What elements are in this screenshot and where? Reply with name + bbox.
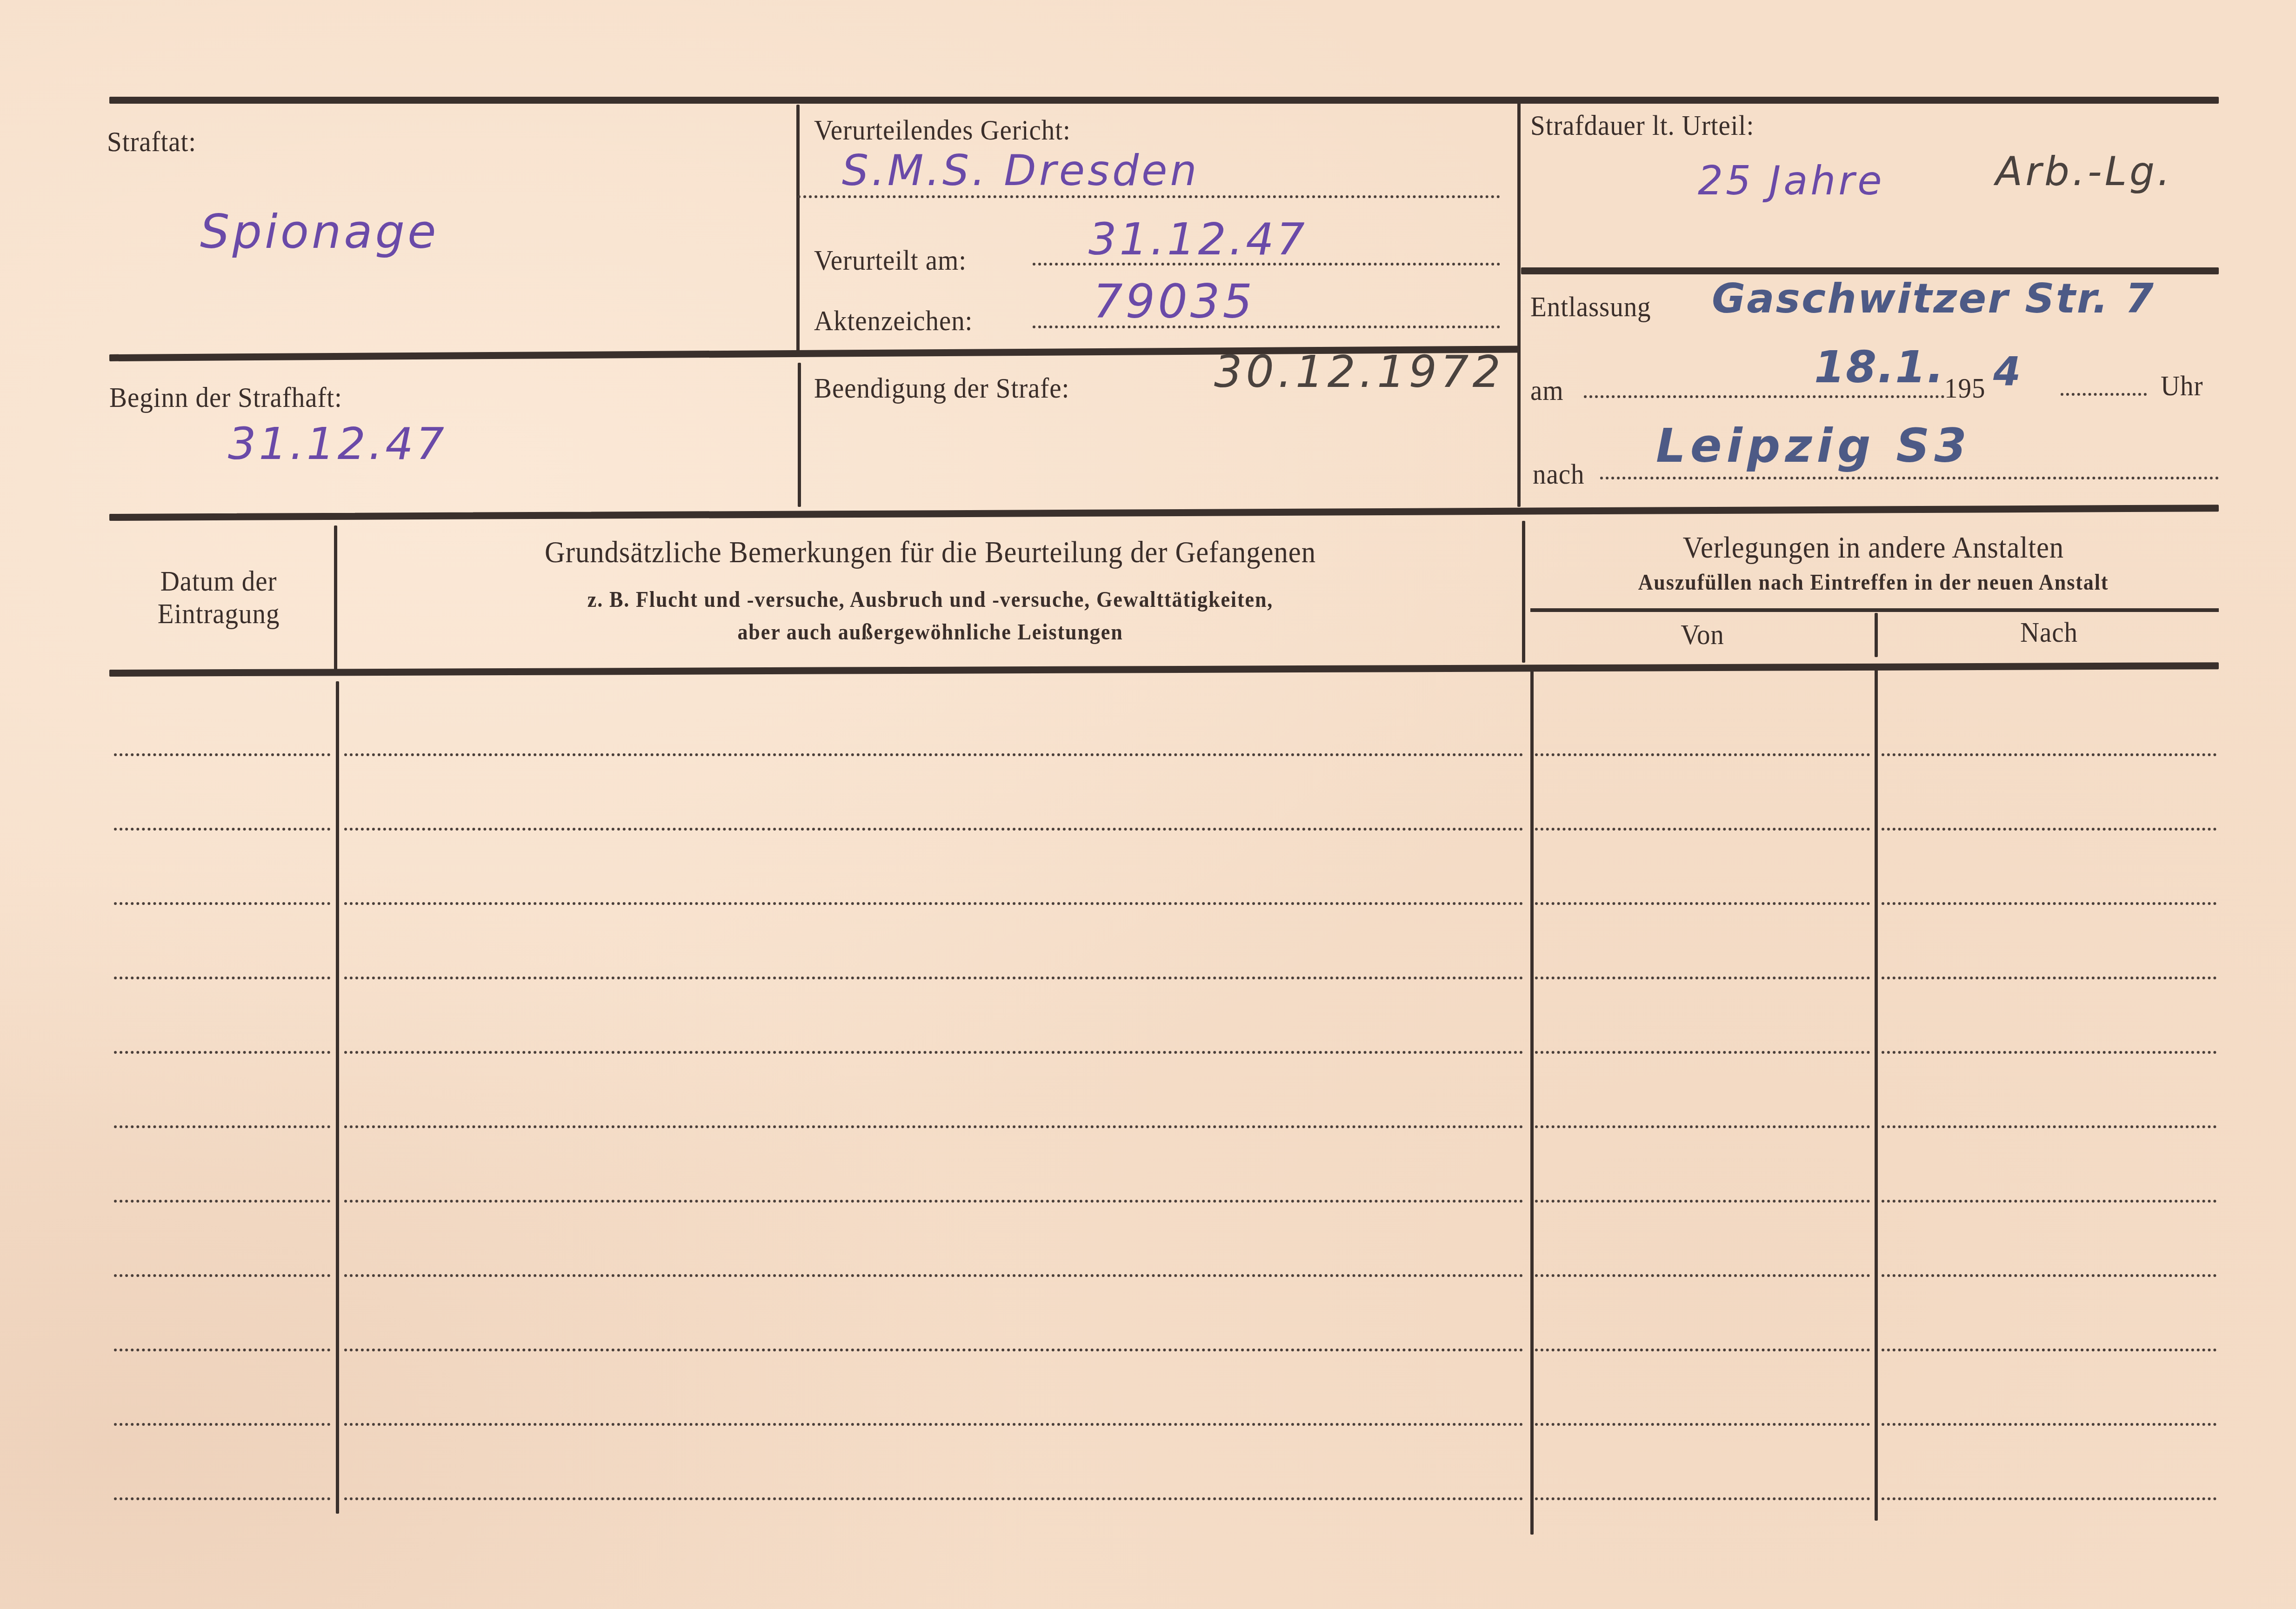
row-dotted-line: [1882, 977, 2216, 979]
divider-straftat-gericht: [796, 105, 800, 356]
row-dotted-line: [1882, 753, 2216, 756]
row-dotted-line: [344, 753, 1523, 756]
cell-von[interactable]: [1535, 1297, 1870, 1346]
row-dotted-line: [1535, 1051, 1870, 1054]
cell-von[interactable]: [1535, 1074, 1870, 1123]
row-dotted-line: [114, 1274, 330, 1277]
row-dotted-line: [1535, 1349, 1870, 1351]
beginn-value[interactable]: 31.12.47: [228, 419, 447, 470]
cell-nach[interactable]: [1882, 925, 2216, 974]
row-dotted-line: [1535, 1497, 1870, 1500]
entlassung-am-label: am: [1530, 374, 1564, 407]
cell-von[interactable]: [1535, 1372, 1870, 1421]
row-dotted-line: [114, 753, 330, 756]
row-dotted-line: [114, 1125, 330, 1128]
cell-datum[interactable]: [114, 777, 330, 825]
entlassung-uhr-label: Uhr: [2161, 370, 2203, 403]
col-datum-line1: Datum der: [118, 565, 319, 598]
gericht-label: Verurteilendes Gericht:: [814, 114, 1071, 147]
col-bemerkungen-sub2: aber auch außergewöhnliche Leistungen: [387, 619, 1474, 645]
cell-bemerkung[interactable]: [344, 702, 1523, 751]
row-dotted-line: [1882, 1274, 2216, 1277]
row-dotted-line: [344, 1423, 1523, 1426]
cell-von[interactable]: [1535, 702, 1870, 751]
aktenzeichen-label: Aktenzeichen:: [814, 305, 973, 338]
cell-bemerkung[interactable]: [344, 1149, 1523, 1197]
body-divider-datum: [336, 681, 339, 1514]
header-divider-datum: [334, 525, 337, 674]
body-divider-von-nach: [1875, 665, 1878, 1521]
entlassung-nach-label: nach: [1533, 458, 1584, 491]
row-dotted-line: [1882, 1423, 2216, 1426]
row-dotted-line: [344, 1051, 1523, 1054]
cell-bemerkung[interactable]: [344, 1223, 1523, 1272]
row-dotted-line: [344, 1274, 1523, 1277]
straftat-value[interactable]: Spionage: [200, 205, 439, 259]
cell-nach[interactable]: [1882, 1000, 2216, 1049]
row-dotted-line: [344, 1200, 1523, 1203]
entlassung-address[interactable]: Gaschwitzer Str. 7: [1712, 274, 2155, 322]
row-dotted-line: [344, 1125, 1523, 1128]
cell-von[interactable]: [1535, 851, 1870, 900]
cell-datum[interactable]: [114, 851, 330, 900]
entlassung-am-dotted-line: [1584, 395, 1944, 398]
row-dotted-line: [1882, 1497, 2216, 1500]
cell-datum[interactable]: [114, 702, 330, 751]
cell-datum[interactable]: [114, 1372, 330, 1421]
cell-datum[interactable]: [114, 1149, 330, 1197]
col-verlegungen-title: Verlegungen in andere Anstalten: [1555, 530, 2191, 565]
cell-nach[interactable]: [1882, 777, 2216, 825]
divider-gericht-strafdauer: [1517, 102, 1521, 507]
verurteilt-am-value[interactable]: 31.12.47: [1088, 214, 1308, 265]
row-dotted-line: [114, 977, 330, 979]
col-von: Von: [1544, 618, 1861, 652]
cell-datum[interactable]: [114, 1446, 330, 1495]
verurteilt-am-label: Verurteilt am:: [814, 244, 967, 277]
aktenzeichen-value[interactable]: 79035: [1093, 274, 1255, 329]
cell-bemerkung[interactable]: [344, 1000, 1523, 1049]
row-dotted-line: [114, 1051, 330, 1054]
cell-bemerkung[interactable]: [344, 1297, 1523, 1346]
row-dotted-line: [1535, 1200, 1870, 1203]
cell-nach[interactable]: [1882, 1372, 2216, 1421]
cell-bemerkung[interactable]: [344, 925, 1523, 974]
cell-datum[interactable]: [114, 1223, 330, 1272]
row-dotted-line: [114, 1200, 330, 1203]
row-dotted-line: [344, 977, 1523, 979]
cell-nach[interactable]: [1882, 1297, 2216, 1346]
cell-nach[interactable]: [1882, 1074, 2216, 1123]
cell-bemerkung[interactable]: [344, 777, 1523, 825]
cell-bemerkung[interactable]: [344, 1372, 1523, 1421]
rule-mid-right: [1521, 267, 2219, 274]
cell-datum[interactable]: [114, 1000, 330, 1049]
strafdauer-value[interactable]: 25 Jahre: [1698, 158, 1884, 204]
cell-von[interactable]: [1535, 1446, 1870, 1495]
verurteilt-am-dotted-line: [1033, 263, 1500, 266]
row-dotted-line: [1535, 753, 1870, 756]
cell-nach[interactable]: [1882, 1223, 2216, 1272]
row-dotted-line: [1535, 977, 1870, 979]
row-dotted-line: [344, 828, 1523, 831]
row-dotted-line: [344, 1497, 1523, 1500]
beendigung-label: Beendigung der Strafe:: [814, 372, 1069, 405]
row-dotted-line: [1535, 1274, 1870, 1277]
entlassung-label: Entlassung: [1530, 291, 1651, 324]
cell-von[interactable]: [1535, 1149, 1870, 1197]
beendigung-value[interactable]: 30.12.1972: [1214, 346, 1504, 398]
cell-von[interactable]: [1535, 777, 1870, 825]
entlassung-date[interactable]: 18.1.: [1814, 342, 1944, 393]
straftat-label: Straftat:: [107, 126, 196, 159]
header-bottom-rule: [109, 662, 2219, 677]
row-dotted-line: [114, 1423, 330, 1426]
row-dotted-line: [1535, 1125, 1870, 1128]
cell-nach[interactable]: [1882, 1149, 2216, 1197]
top-rule: [109, 97, 2219, 104]
beginn-label: Beginn der Strafhaft:: [109, 381, 342, 414]
col-bemerkungen-sub1: z. B. Flucht und -versuche, Ausbruch und…: [387, 587, 1474, 612]
row-dotted-line: [1882, 1051, 2216, 1054]
body-divider-bemerkungen: [1530, 665, 1534, 1535]
header-divider-bemerkungen: [1522, 521, 1525, 663]
row-dotted-line: [1882, 1125, 2216, 1128]
entlassung-nach-value[interactable]: Leipzig S3: [1656, 419, 1971, 473]
cell-bemerkung[interactable]: [344, 851, 1523, 900]
row-dotted-line: [1882, 828, 2216, 831]
cell-datum[interactable]: [114, 1297, 330, 1346]
row-dotted-line: [114, 1497, 330, 1500]
entlassung-year-suffix[interactable]: 4: [1993, 349, 2023, 395]
col-datum-line2: Eintragung: [118, 598, 319, 631]
strafdauer-annotation[interactable]: Arb.-Lg.: [1996, 149, 2173, 195]
cell-nach[interactable]: [1882, 851, 2216, 900]
row-dotted-line: [114, 902, 330, 905]
cell-bemerkung[interactable]: [344, 1074, 1523, 1123]
entlassung-nach-dotted-line: [1600, 477, 2219, 479]
cell-nach[interactable]: [1882, 1446, 2216, 1495]
row-dotted-line: [1882, 1200, 2216, 1203]
entlassung-uhr-dotted-line: [2061, 393, 2147, 396]
cell-datum[interactable]: [114, 1074, 330, 1123]
col-verlegungen-subtitle: Auszufüllen nach Eintreffen in der neuen…: [1555, 570, 2191, 595]
row-dotted-line: [1535, 1423, 1870, 1426]
cell-nach[interactable]: [1882, 702, 2216, 751]
row-dotted-line: [114, 1349, 330, 1351]
row-dotted-line: [1882, 1349, 2216, 1351]
entlassung-year-prefix: 195: [1944, 372, 1985, 405]
cell-bemerkung[interactable]: [344, 1446, 1523, 1495]
row-dotted-line: [344, 902, 1523, 905]
gericht-value[interactable]: S.M.S. Dresden: [842, 146, 1199, 195]
row-dotted-line: [1535, 828, 1870, 831]
aktenzeichen-dotted-line: [1033, 326, 1500, 328]
divider-beginn-beendigung: [798, 363, 801, 507]
cell-von[interactable]: [1535, 925, 1870, 974]
row-dotted-line: [1535, 902, 1870, 905]
von-nach-header-divider: [1875, 613, 1878, 657]
verlegungen-subheader-rule: [1530, 608, 2219, 612]
row-dotted-line: [344, 1349, 1523, 1351]
row-dotted-line: [1882, 902, 2216, 905]
cell-von[interactable]: [1535, 1000, 1870, 1049]
row-dotted-line: [114, 828, 330, 831]
cell-von[interactable]: [1535, 1223, 1870, 1272]
gericht-dotted-line: [798, 195, 1500, 198]
col-bemerkungen-title: Grundsätzliche Bemerkungen für die Beurt…: [387, 535, 1474, 570]
col-nach: Nach: [1893, 616, 2205, 649]
rule-top-section-bottom: [109, 505, 2219, 521]
cell-datum[interactable]: [114, 925, 330, 974]
strafdauer-label: Strafdauer lt. Urteil:: [1530, 109, 1754, 142]
